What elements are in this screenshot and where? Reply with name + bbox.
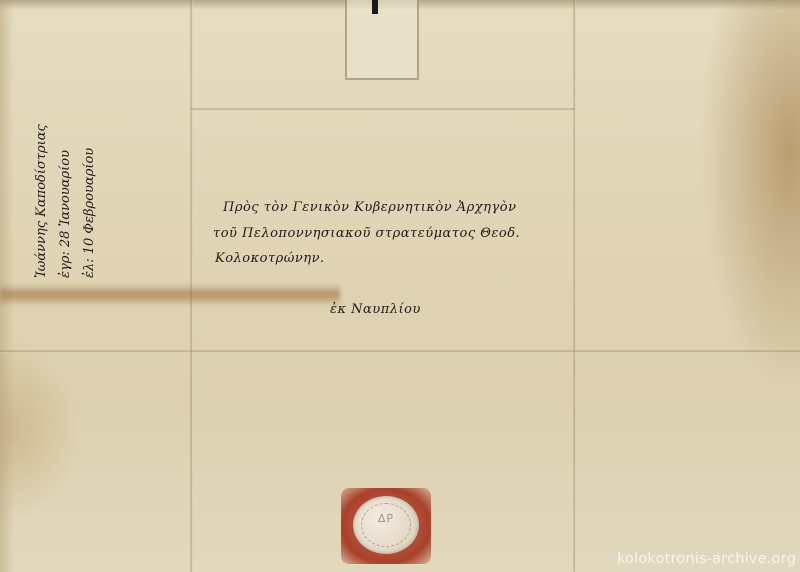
water-stain-band [0,284,340,306]
archive-watermark: kolokotronis-archive.org [617,551,796,567]
letter-sheet: Πρὸς τὸν Γενικὸν Κυβερνητικὸν Ἀρχηγὸν το… [0,0,800,572]
torn-paper-patch [345,0,419,80]
wax-seal: ΔΡ [341,488,431,564]
docket-line-1: Ἰωάννης Καποδίστριας [30,124,54,278]
fold-line-horizontal-middle [0,350,800,353]
ink-spot [372,0,378,14]
address-line-2: τοῦ Πελοποννησιακοῦ στρατεύματος Θεοδ. [213,226,520,241]
docket-line-2: ἐγρ: 28 Ἰανουαρίου [54,124,78,278]
seal-paper-cover: ΔΡ [353,496,419,554]
archival-docket-note: Ἰωάννης Καποδίστριας ἐγρ: 28 Ἰανουαρίου … [30,124,102,278]
fold-line-horizontal-top [190,108,575,111]
seal-monogram: ΔΡ [353,512,419,525]
address-line-1: Πρὸς τὸν Γενικὸν Κυβερνητικὸν Ἀρχηγὸν [223,200,516,215]
docket-line-3: ἐλ: 10 Φεβρουαρίου [78,124,102,278]
address-place: ἐκ Ναυπλίου [330,302,421,317]
address-line-3: Κολοκοτρώνην. [215,251,325,266]
fold-line-vertical-right [573,0,576,572]
seal-ring [361,503,411,547]
